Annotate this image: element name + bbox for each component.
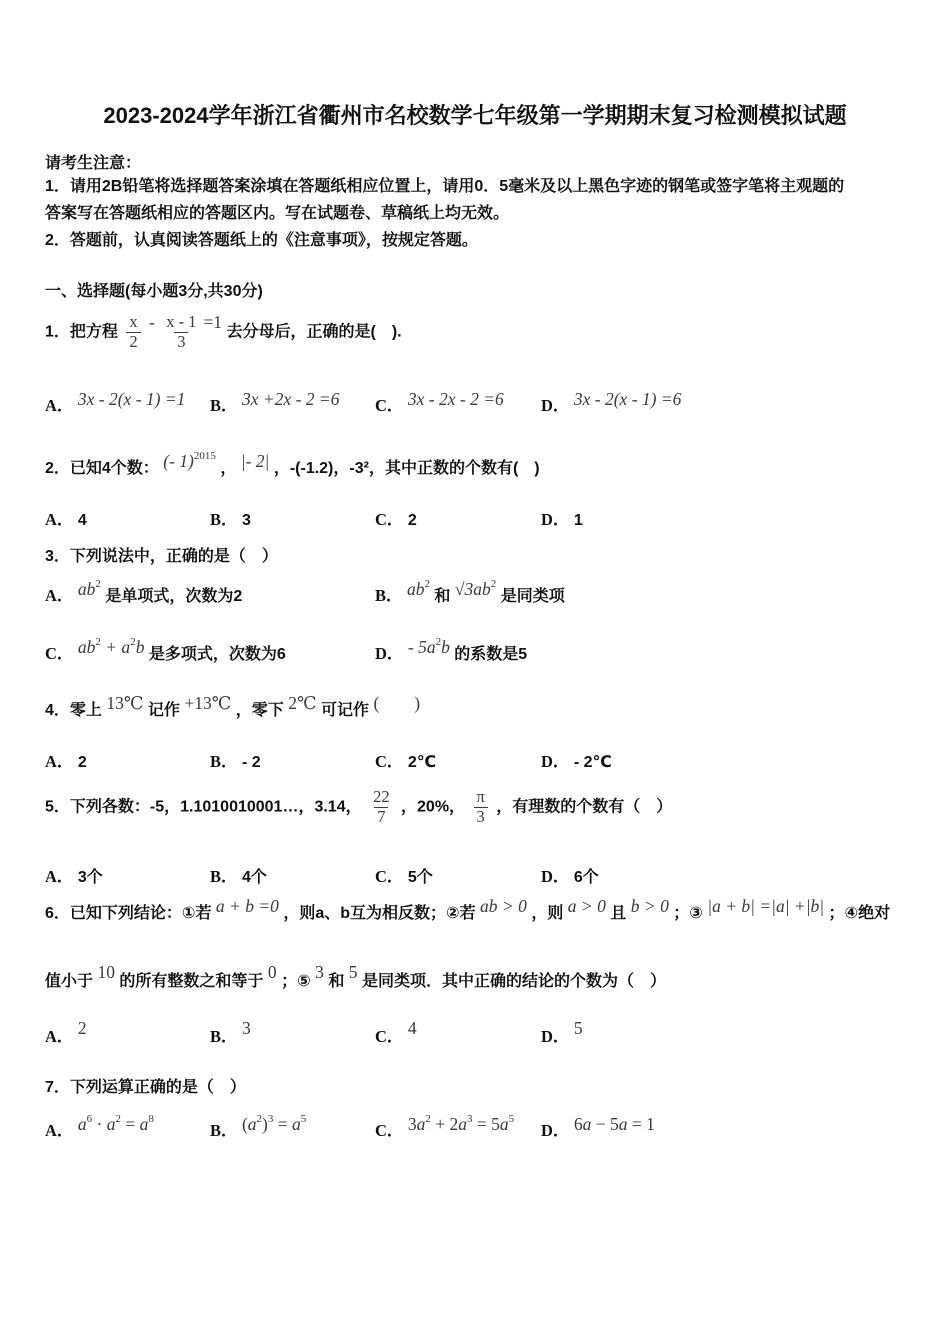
q7-option-c-formula: 3a2 + 2a3 = 5a5 <box>408 1114 514 1135</box>
q4-option-b: B． - 2 <box>210 748 375 772</box>
notice-line-1: 1．请用2B铅笔将选择题答案涂填在答题纸相应位置上，请用0．5毫米及以上黑色字迹… <box>45 173 905 200</box>
q3-option-a: A． ab2 是单项式，次数为2 <box>45 582 375 606</box>
q3-option-b-text-2: 是同类项 <box>501 588 565 605</box>
q5-stem-fraction-2: π3 <box>470 795 492 815</box>
q4-option-c-text: 2℃ <box>408 754 436 771</box>
q4-option-d: D． - 2℃ <box>541 748 905 772</box>
q1-stem-formula: x2 - x - 13=1 <box>122 320 222 340</box>
q1-option-a: A． 3x - 2(x - 1) =1 <box>45 392 210 416</box>
q7-option-a-formula: a6 · a2 = a8 <box>78 1114 154 1135</box>
question-7-options: A． a6 · a2 = a8 B． (a2)3 = a5 C． 3a2 + 2… <box>45 1117 905 1141</box>
q3-option-a-formula: ab2 <box>78 579 101 600</box>
question-1-stem: 1．把方程 x2 - x - 13=1 去分母后，正确的是( ). <box>45 313 905 352</box>
q5-stem-text-1: 5．下列各数：-5，1.1010010001…，3.14， <box>45 798 362 815</box>
q4-option-a-label: A． <box>45 752 73 771</box>
q6-option-d-label: D． <box>541 1027 569 1046</box>
q4-stem-text-1: 4．零上 <box>45 702 102 719</box>
question-4-stem: 4．零上 13℃ 记作 +13℃ ，零下 2℃ 可记作 ( ) <box>45 698 905 722</box>
q5-option-c: C． 5个 <box>375 863 541 887</box>
q5-option-d-text: 6个 <box>574 869 599 886</box>
q4-option-c-label: C． <box>375 752 403 771</box>
q6-stem-text-5: ；③ <box>673 905 703 922</box>
q2-stem-text: 2．已知4个数： <box>45 460 159 477</box>
q5-option-c-label: C． <box>375 867 403 886</box>
question-3-options-row-1: A． ab2 是单项式，次数为2 B． ab2 和 √3ab2 是同类项 <box>45 582 905 606</box>
q1-option-b-label: B． <box>210 396 238 415</box>
q5-option-b-label: B． <box>210 867 238 886</box>
q5-option-b: B． 4个 <box>210 863 375 887</box>
q1-option-c: C． 3x - 2x - 2 =6 <box>375 392 541 416</box>
q5-option-a-label: A． <box>45 867 73 886</box>
question-6-options: A． 2 B． 3 C． 4 D． 5 <box>45 1023 905 1047</box>
q4-option-a: A． 2 <box>45 748 210 772</box>
q6-option-c-label: C． <box>375 1027 403 1046</box>
q3-option-b-text-1: 和 <box>434 588 450 605</box>
q2-option-c-text: 2 <box>408 512 417 529</box>
q2-stem-formula-1: (- 1)2015 <box>163 450 216 472</box>
q2-option-a: A． 4 <box>45 506 210 530</box>
q2-stem-formula-2: |- 2| <box>241 450 270 472</box>
q5-option-c-text: 5个 <box>408 869 433 886</box>
question-4-options: A． 2 B． - 2 C． 2℃ D． - 2℃ <box>45 748 905 772</box>
q6-option-a-label: A． <box>45 1027 73 1046</box>
question-3-stem: 3．下列说法中，正确的是（ ） <box>45 546 905 568</box>
q7-option-c-label: C． <box>375 1121 403 1140</box>
q3-option-c-text: 是多项式，次数为6 <box>149 646 286 663</box>
q4-option-d-text: - 2℃ <box>574 754 612 771</box>
q2-option-b-text: 3 <box>242 512 251 529</box>
notice-heading: 请考生注意： <box>45 154 905 173</box>
q4-option-d-label: D． <box>541 752 569 771</box>
q6-stem-text-3: ，则 <box>531 905 563 922</box>
q1-option-c-formula: 3x - 2x - 2 =6 <box>408 389 504 410</box>
q7-option-b: B． (a2)3 = a5 <box>210 1117 375 1141</box>
q7-option-a: A． a6 · a2 = a8 <box>45 1117 210 1141</box>
q7-option-b-label: B． <box>210 1121 238 1140</box>
q6-stem-formula-1: a + b =0 <box>216 895 279 917</box>
q3-option-b-label: B． <box>375 586 403 605</box>
q6-option-b-label: B． <box>210 1027 238 1046</box>
q6-stem-formula-5: |a + b| =|a| +|b| <box>707 895 824 917</box>
q6-stem-formula-2: ab > 0 <box>480 895 527 917</box>
q3-option-d-text: 的系数是5 <box>454 646 527 663</box>
q6-stem-number-2: 0 <box>268 962 277 982</box>
q7-option-d-formula: 6a − 5a = 1 <box>574 1114 655 1135</box>
q2-option-d: D． 1 <box>541 506 905 530</box>
q6-option-c-value: 4 <box>408 1018 417 1038</box>
q4-stem-formula-1: 13℃ <box>106 692 143 714</box>
q5-stem-fraction-1: 227 <box>366 795 397 815</box>
q6-option-d-value: 5 <box>574 1018 583 1038</box>
section-heading: 一、选择题(每小题3分,共30分) <box>45 282 905 301</box>
q1-option-a-label: A． <box>45 396 73 415</box>
q6-stem-number-3: 3 <box>315 962 324 982</box>
q6-stem-text-9: ；⑤ <box>281 973 311 990</box>
exam-paper-page: 2023-2024学年浙江省衢州市名校数学七年级第一学期期末复习检测模拟试题 请… <box>0 0 950 1344</box>
q6-stem-text-8: 的所有整数之和等于 <box>119 973 263 990</box>
q3-option-a-text: 是单项式，次数为2 <box>105 588 242 605</box>
q3-option-b-formula-1: ab2 <box>407 579 430 600</box>
page-title: 2023-2024学年浙江省衢州市名校数学七年级第一学期期末复习检测模拟试题 <box>45 102 905 130</box>
q2-option-b: B． 3 <box>210 506 375 530</box>
q4-option-c: C． 2℃ <box>375 748 541 772</box>
question-1-options: A． 3x - 2(x - 1) =1 B． 3x +2x - 2 =6 C． … <box>45 392 905 416</box>
q5-option-a-text: 3个 <box>78 869 103 886</box>
q3-option-d-label: D． <box>375 644 403 663</box>
q2-option-a-label: A． <box>45 510 73 529</box>
q3-option-b: B． ab2 和 √3ab2 是同类项 <box>375 582 905 606</box>
q2-option-c-label: C． <box>375 510 403 529</box>
question-7-stem: 7．下列运算正确的是（ ） <box>45 1077 905 1099</box>
q6-option-b: B． 3 <box>210 1023 375 1047</box>
q7-option-c: C． 3a2 + 2a3 = 5a5 <box>375 1117 541 1141</box>
q6-stem-text-1: 6．已知下列结论：①若 <box>45 905 211 922</box>
q4-option-a-text: 2 <box>78 754 87 771</box>
q6-option-c: C． 4 <box>375 1023 541 1047</box>
question-2-stem: 2．已知4个数： (- 1)2015 ， |- 2| ，-(-1.2)，-3²，… <box>45 456 905 480</box>
q1-option-c-label: C． <box>375 396 403 415</box>
q6-stem-number-1: 10 <box>97 962 115 982</box>
q5-option-d: D． 6个 <box>541 863 905 887</box>
question-5-options: A． 3个 B． 4个 C． 5个 D． 6个 <box>45 863 905 887</box>
q5-stem-text-2: ，20%， <box>401 798 465 815</box>
q2-option-a-text: 4 <box>78 512 87 529</box>
q6-stem-formula-4: b > 0 <box>631 895 669 917</box>
question-3-options-row-2: C． ab2 + a2b 是多项式，次数为6 D． - 5a2b 的系数是5 <box>45 640 905 664</box>
q2-option-d-text: 1 <box>574 512 583 529</box>
q2-option-d-label: D． <box>541 510 569 529</box>
question-6-stem-line-1: 6．已知下列结论：①若 a + b =0 ，则a、b互为相反数；②若 ab > … <box>45 901 905 925</box>
q6-option-d: D． 5 <box>541 1023 905 1047</box>
q7-option-a-label: A． <box>45 1121 73 1140</box>
q6-stem-text-11: 是同类项．其中正确的结论的个数为（ ） <box>362 973 666 990</box>
q3-option-a-label: A． <box>45 586 73 605</box>
q4-stem-formula-2: +13℃ <box>184 692 231 714</box>
q7-option-d-label: D． <box>541 1121 569 1140</box>
q3-option-c-formula: ab2 + a2b <box>78 637 145 658</box>
q1-option-b-formula: 3x +2x - 2 =6 <box>242 389 339 410</box>
q2-option-b-label: B． <box>210 510 238 529</box>
q4-stem-text-2: 记作 <box>148 702 180 719</box>
q6-stem-number-4: 5 <box>349 962 358 982</box>
q1-option-d-label: D． <box>541 396 569 415</box>
q7-option-d: D． 6a − 5a = 1 <box>541 1117 905 1141</box>
q4-stem-text-4: 可记作 <box>321 702 369 719</box>
notice-line-3: 2．答题前，认真阅读答题纸上的《注意事项》，按规定答题。 <box>45 227 905 254</box>
q6-option-a-value: 2 <box>78 1018 87 1038</box>
q6-option-b-value: 3 <box>242 1018 251 1038</box>
q4-stem-text-3: ，零下 <box>236 702 284 719</box>
q5-option-b-text: 4个 <box>242 869 267 886</box>
q7-option-b-formula: (a2)3 = a5 <box>242 1114 306 1135</box>
q6-stem-text-4: 且 <box>610 905 626 922</box>
q2-option-c: C． 2 <box>375 506 541 530</box>
q5-stem-suffix: ，有理数的个数有（ ） <box>496 798 672 815</box>
q3-option-b-formula-2: √3ab2 <box>455 579 496 600</box>
q3-option-c-label: C． <box>45 644 73 663</box>
q4-stem-formula-3: 2℃ <box>288 692 316 714</box>
q1-option-d-formula: 3x - 2(x - 1) =6 <box>574 389 682 410</box>
question-5-stem: 5．下列各数：-5，1.1010010001…，3.14， 227 ，20%， … <box>45 788 905 827</box>
q6-stem-text-7: 值小于 <box>45 973 93 990</box>
q6-stem-text-10: 和 <box>328 973 344 990</box>
q2-stem-suffix: ，-(-1.2)，-3²，其中正数的个数有( ) <box>274 460 540 477</box>
q6-stem-text-6: ；④绝对 <box>829 905 891 922</box>
q2-stem-comma: ， <box>220 460 236 477</box>
q1-stem-suffix: 去分母后，正确的是( ). <box>227 323 402 340</box>
q6-stem-text-2: ，则a、b互为相反数；②若 <box>283 905 475 922</box>
q5-option-d-label: D． <box>541 867 569 886</box>
question-6-stem-line-2: 值小于 10 的所有整数之和等于 0 ；⑤ 3 和 5 是同类项．其中正确的结论… <box>45 969 905 993</box>
notice-line-2: 答案写在答题纸相应的答题区内。写在试题卷、草稿纸上均无效。 <box>45 200 905 227</box>
q3-option-d: D． - 5a2b 的系数是5 <box>375 640 905 664</box>
q6-option-a: A． 2 <box>45 1023 210 1047</box>
q4-option-b-text: - 2 <box>242 754 261 771</box>
q1-option-b: B． 3x +2x - 2 =6 <box>210 392 375 416</box>
q4-option-b-label: B． <box>210 752 238 771</box>
q3-option-d-formula: - 5a2b <box>408 637 450 658</box>
q6-stem-formula-3: a > 0 <box>568 895 606 917</box>
q1-option-d: D． 3x - 2(x - 1) =6 <box>541 392 905 416</box>
question-2-options: A． 4 B． 3 C． 2 D． 1 <box>45 506 905 530</box>
q1-stem-text: 1．把方程 <box>45 323 118 340</box>
q4-stem-brackets: ( ) <box>373 692 420 714</box>
q5-option-a: A． 3个 <box>45 863 210 887</box>
q3-option-c: C． ab2 + a2b 是多项式，次数为6 <box>45 640 375 664</box>
q1-option-a-formula: 3x - 2(x - 1) =1 <box>78 389 186 410</box>
